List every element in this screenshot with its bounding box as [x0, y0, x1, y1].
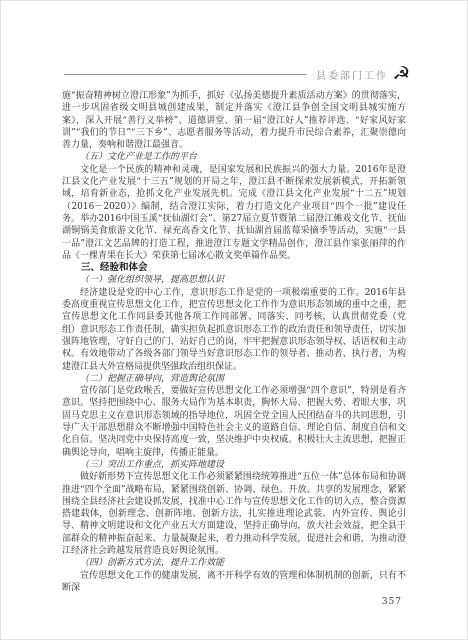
body-paragraph: 文化是一个民族的精神和灵魂，是国家发展和民族振兴的强大力量。2016年是澄江县文… [62, 164, 406, 262]
running-header-title: 县委部门工作 [316, 67, 388, 82]
body-paragraph: 宣传思想文化工作的健康发展，离不开科学有效的管理和体制机制的创新，只有不断深 [62, 570, 406, 595]
document-body: 施“振奋精神树立澄江形象”为抓手，抓好《弘扬美德提升素质活动方案》的贯彻落实，进… [62, 90, 406, 594]
section-heading: 三、经验和体会 [62, 262, 406, 274]
body-paragraph: 施“振奋精神树立澄江形象”为抓手，抓好《弘扬美德提升素质活动方案》的贯彻落实，进… [62, 90, 406, 151]
party-emblem-icon: ☭ [392, 63, 412, 84]
book-page: 县委部门工作 ☭ 施“振奋精神树立澄江形象”为抓手，抓好《弘扬美德提升素质活动方… [0, 0, 468, 640]
body-paragraph: 做好新形势下宣传思想文化工作必须紧紧围绕统筹推进“五位一体”总体布局和协调推进“… [62, 471, 406, 557]
subsection-heading: （四）创新方式方法，提升工作效能 [62, 557, 406, 569]
running-header: 县委部门工作 ☭ [64, 63, 410, 85]
subsection-heading: （五）文化产业是工作的平台 [62, 151, 406, 163]
subsection-heading: （二）把握正确导向，营造舆论氛围 [62, 373, 406, 385]
subsection-heading: （三）突出工作重点，抓实阵地建设 [62, 459, 406, 471]
header-rule [64, 74, 307, 75]
page-number: 357 [382, 597, 402, 607]
body-paragraph: 宣传部门是党政喉舌，要做好宣传思想文化工作必须增强“四个意识”，特别是看齐意识。… [62, 385, 406, 459]
body-paragraph: 经济建设是党的中心工作，意识形态工作是党的一项极端重要的工作。2016年县委高度… [62, 287, 406, 373]
subsection-heading: （一）强化组织领导，提高思想认识 [62, 274, 406, 286]
